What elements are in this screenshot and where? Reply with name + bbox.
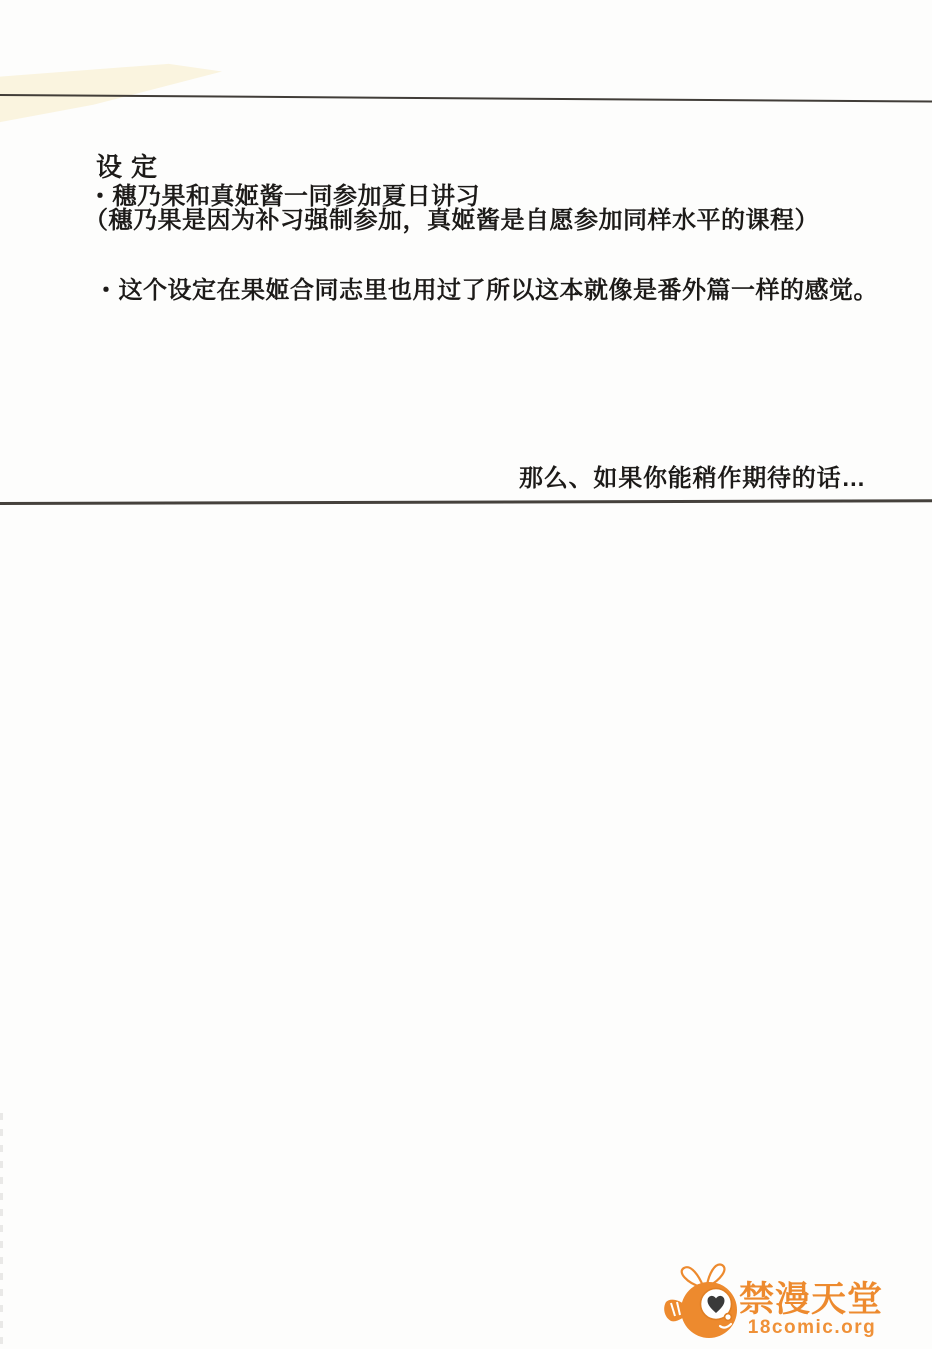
site-watermark: 禁漫天堂 18comic.org: [663, 1256, 895, 1349]
note-line-1: ・穗乃果和真姬酱一同参加夏日讲习: [88, 185, 480, 209]
site-url: 18comic.org: [739, 1318, 885, 1337]
scanned-page: 设定 ・穗乃果和真姬酱一同参加夏日讲习 （穗乃果是因为补习强制参加，真姬酱是自愿…: [0, 0, 932, 1349]
settings-heading: 设定: [96, 154, 166, 180]
cream-wedge-decoration: [0, 60, 222, 124]
divider-bottom: [0, 499, 932, 504]
note-line-3: ・这个设定在果姬合同志里也用过了所以这本就像是番外篇一样的感觉。: [94, 279, 878, 303]
scan-edge-artifacts: [0, 1113, 3, 1349]
note-line-2: （穗乃果是因为补习强制参加，真姬酱是自愿参加同样水平的课程）: [84, 209, 819, 233]
divider-top: [0, 94, 932, 103]
site-name: 禁漫天堂: [739, 1282, 883, 1317]
closing-line: 那么、如果你能稍作期待的话…: [519, 467, 866, 491]
